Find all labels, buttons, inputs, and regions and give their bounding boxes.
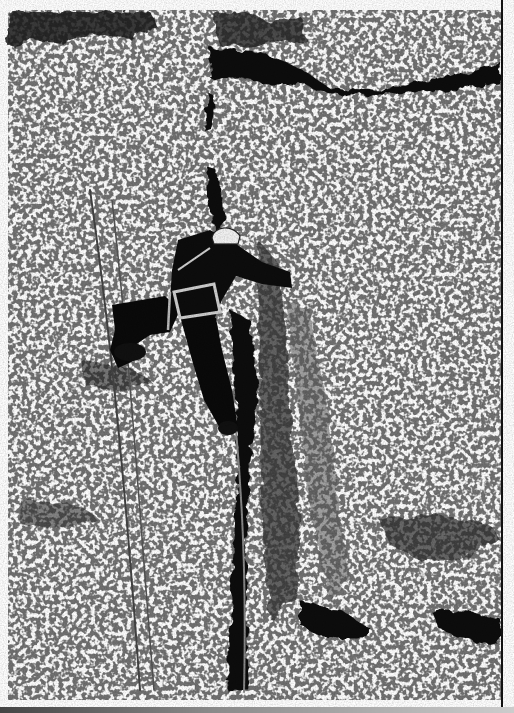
photo-right-border	[501, 0, 503, 710]
photo-bottom-border	[0, 707, 514, 713]
photo-canvas	[0, 0, 514, 713]
